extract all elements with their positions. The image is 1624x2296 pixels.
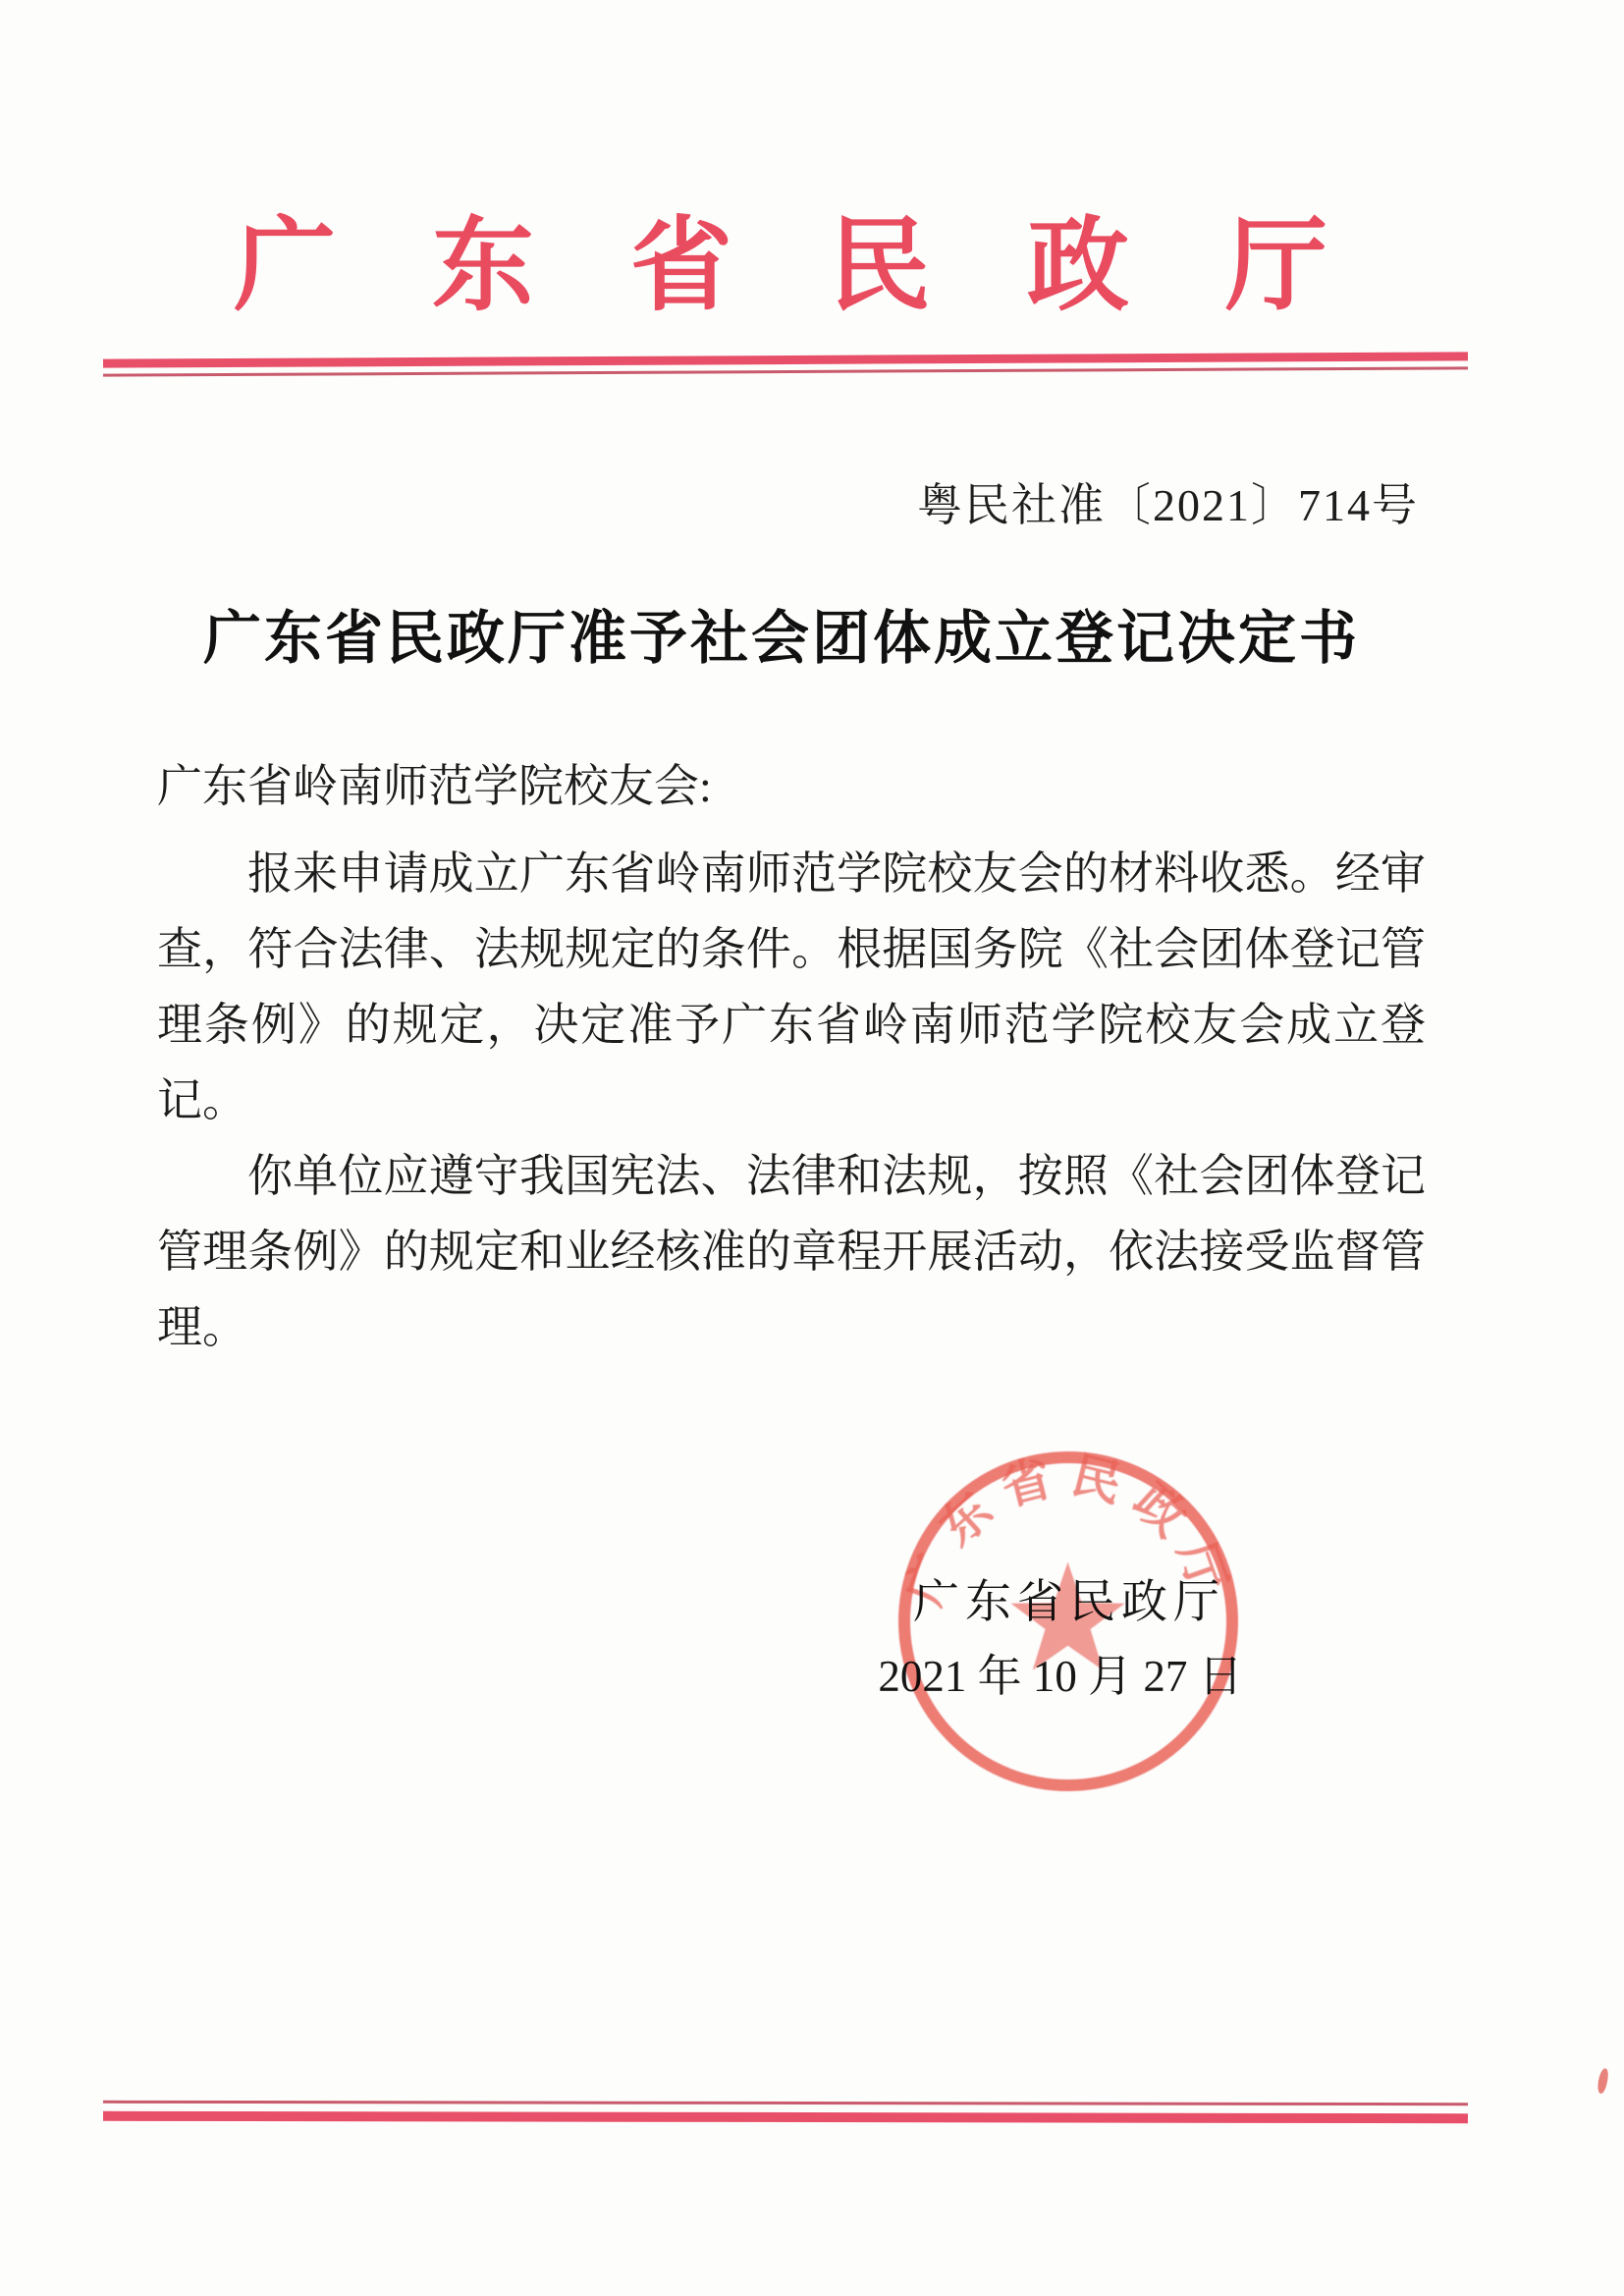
official-seal: 广东省民政厅 [892,1444,1245,1797]
footer-rule-thick [103,2111,1468,2123]
seal-star-icon [1011,1562,1125,1670]
header-rule-thin [103,366,1468,376]
body-paragraph: 你单位应遵守我国宪法、法律和法规，按照《社会团体登记管理条例》的规定和业经核准的… [157,1138,1426,1365]
header-rule-thick [103,352,1468,367]
scan-artifact-mark [1596,2067,1609,2094]
salutation-line: 广东省岭南师范学院校友会: [157,748,1426,824]
letterhead-agency-title: 广东省民政厅 [0,208,1624,326]
document-title: 广东省民政厅准予社会团体成立登记决定书 [0,591,1563,675]
document-body: 广东省岭南师范学院校友会: 报来申请成立广东省岭南师范学院校友会的材料收悉。经审… [157,748,1426,1365]
footer-rule-thin [103,2101,1468,2105]
body-paragraph: 报来申请成立广东省岭南师范学院校友会的材料收悉。经审查，符合法律、法规规定的条件… [157,836,1426,1138]
document-number: 粤民社准〔2021〕714号 [917,469,1419,534]
document-page: 广东省民政厅 粤民社准〔2021〕714号 广东省民政厅准予社会团体成立登记决定… [0,0,1624,2296]
